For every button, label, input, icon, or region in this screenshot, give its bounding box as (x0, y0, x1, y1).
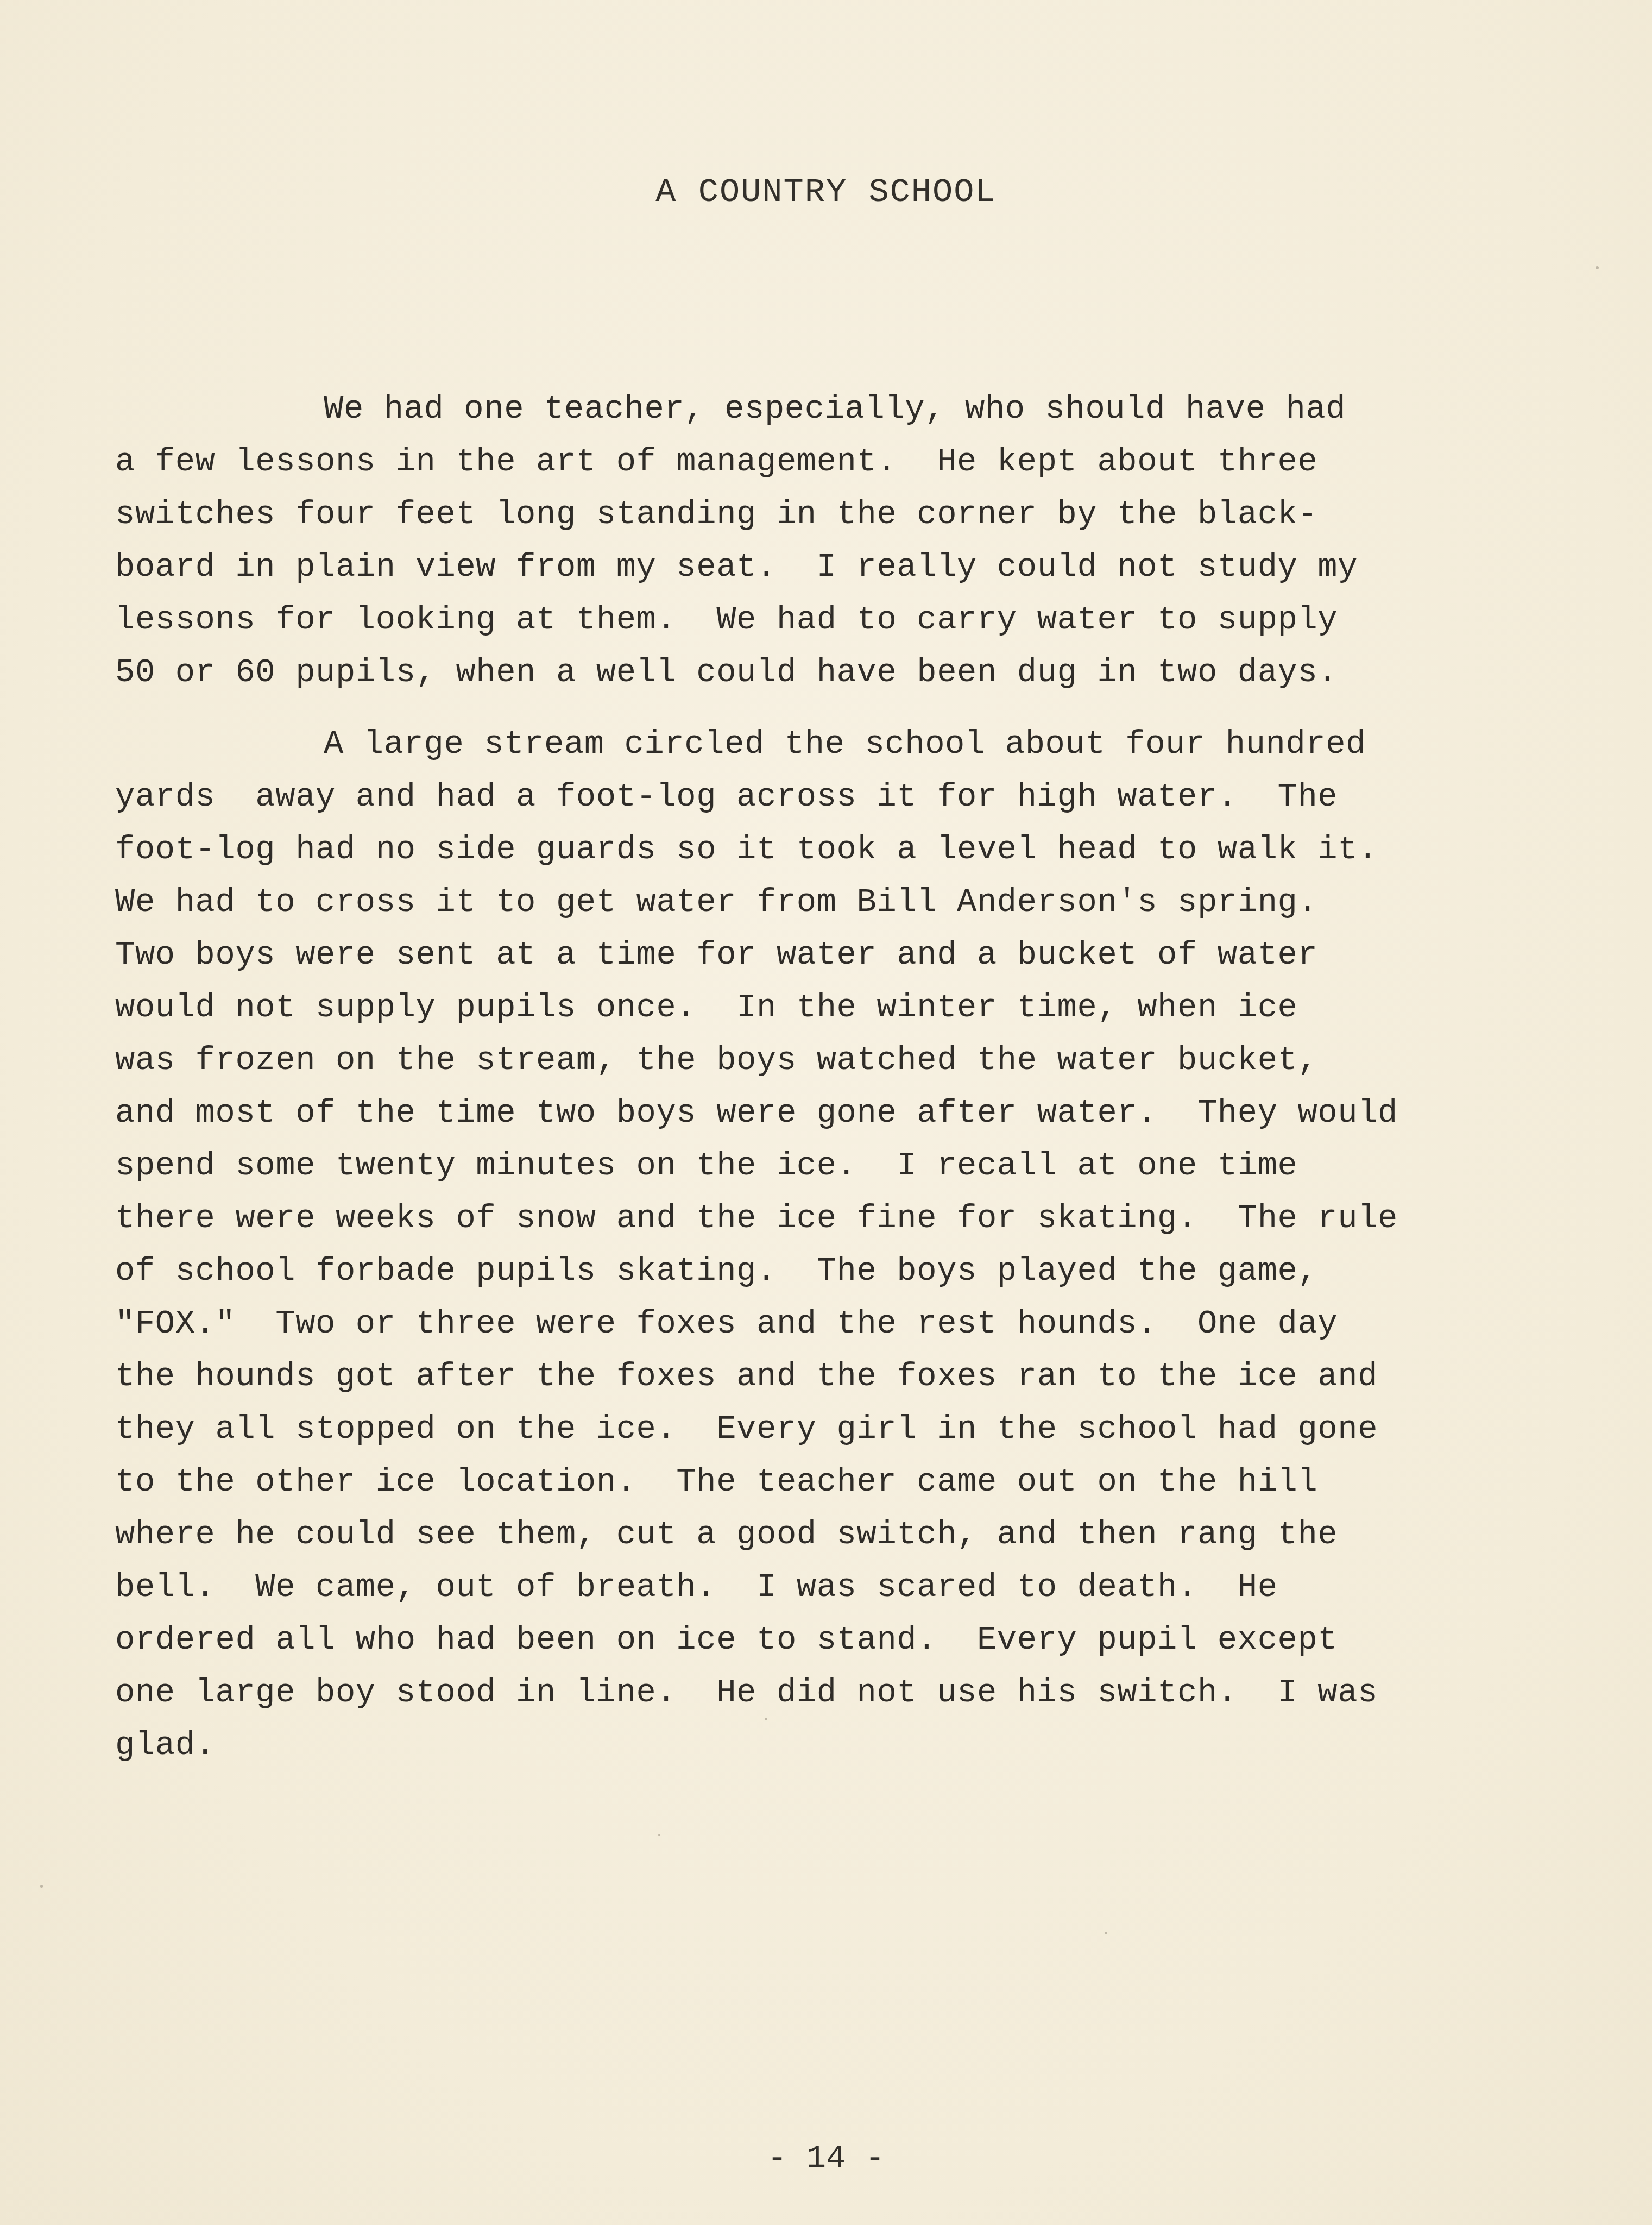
text-line: foot-log had no side guards so it took a… (115, 824, 1505, 877)
text-line: switches four feet long standing in the … (115, 489, 1505, 542)
text-line: would not supply pupils once. In the win… (115, 982, 1505, 1035)
text-line: where he could see them, cut a good swit… (115, 1509, 1505, 1562)
document-page: A COUNTRY SCHOOL We had one teacher, esp… (0, 0, 1652, 2225)
paper-speck (1105, 1932, 1107, 1934)
paper-speck (40, 1885, 43, 1888)
paragraph-2: A large stream circled the school about … (115, 719, 1505, 1773)
paper-speck (765, 1718, 767, 1720)
text-line: glad. (115, 1720, 1505, 1773)
text-line: ordered all who had been on ice to stand… (115, 1614, 1505, 1667)
text-line: there were weeks of snow and the ice fin… (115, 1193, 1505, 1246)
body-text: We had one teacher, especially, who shou… (115, 384, 1505, 1773)
text-line: a few lessons in the art of management. … (115, 436, 1505, 489)
paragraph-1: We had one teacher, especially, who shou… (115, 384, 1505, 700)
text-line: We had one teacher, especially, who shou… (115, 384, 1505, 436)
text-line: 50 or 60 pupils, when a well could have … (115, 647, 1505, 700)
text-line: lessons for looking at them. We had to c… (115, 594, 1505, 647)
text-line: they all stopped on the ice. Every girl … (115, 1404, 1505, 1456)
text-line: bell. We came, out of breath. I was scar… (115, 1562, 1505, 1614)
text-line: board in plain view from my seat. I real… (115, 542, 1505, 594)
text-line: of school forbade pupils skating. The bo… (115, 1246, 1505, 1298)
page-number: - 14 - (0, 2140, 1652, 2177)
text-line: We had to cross it to get water from Bil… (115, 877, 1505, 929)
text-line: A large stream circled the school about … (115, 719, 1505, 771)
text-line: "FOX." Two or three were foxes and the r… (115, 1298, 1505, 1351)
text-line: was frozen on the stream, the boys watch… (115, 1035, 1505, 1088)
text-line: spend some twenty minutes on the ice. I … (115, 1140, 1505, 1193)
text-line: yards away and had a foot-log across it … (115, 771, 1505, 824)
page-title: A COUNTRY SCHOOL (0, 173, 1652, 211)
text-line: the hounds got after the foxes and the f… (115, 1351, 1505, 1404)
text-line: to the other ice location. The teacher c… (115, 1456, 1505, 1509)
text-line: and most of the time two boys were gone … (115, 1088, 1505, 1140)
paper-speck (658, 1834, 660, 1836)
text-line: one large boy stood in line. He did not … (115, 1667, 1505, 1720)
paper-speck (1596, 266, 1599, 269)
text-line: Two boys were sent at a time for water a… (115, 929, 1505, 982)
